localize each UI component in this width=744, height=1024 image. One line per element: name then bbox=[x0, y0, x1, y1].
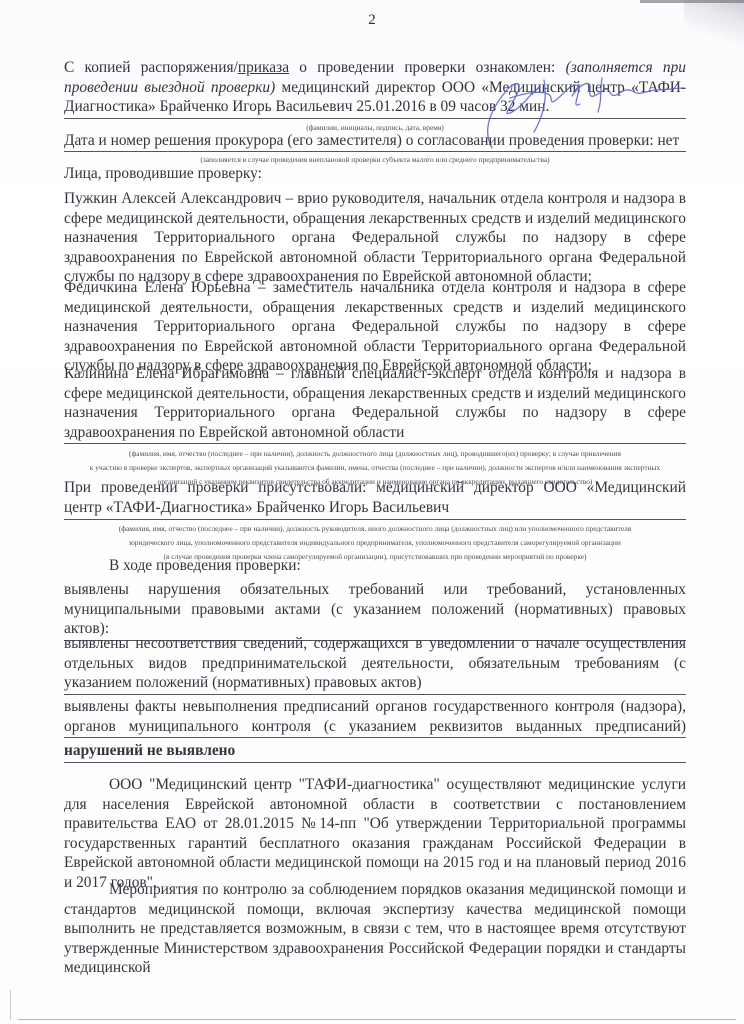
acknowledgement-block: С копией распоряжения/приказа о проведен… bbox=[64, 58, 686, 133]
body-text: Мероприятия по контролю за соблюдением п… bbox=[64, 880, 686, 978]
finding-text: выявлены нарушения обязательных требован… bbox=[64, 580, 686, 641]
inspectors-heading: Лица, проводившие проверку: bbox=[64, 164, 686, 184]
finding-1: выявлены нарушения обязательных требован… bbox=[64, 580, 686, 641]
findings-heading-block: В ходе проведения проверки: bbox=[64, 556, 686, 576]
document-page: 2 С копией распоряжения/приказа о провед… bbox=[0, 0, 744, 1024]
body-text: ООО "Медицинский центр "ТАФИ-диагностика… bbox=[64, 775, 686, 893]
findings-heading: В ходе проведения проверки: bbox=[64, 556, 686, 576]
inspector-3: Калинина Елена Ибрагимовна – главный спе… bbox=[64, 364, 686, 487]
inspector-1: Пужкин Алексей Александрович – врио руко… bbox=[64, 189, 686, 287]
inspector-text: Калинина Елена Ибрагимовна – главный спе… bbox=[64, 364, 686, 444]
finding-text: выявлены несоответствия сведений, содерж… bbox=[64, 634, 686, 695]
findings-result: нарушений не выявлено bbox=[64, 741, 686, 763]
findings-result-block: нарушений не выявлено bbox=[64, 741, 686, 763]
prosecutor-block: Дата и номер решения прокурора (его заме… bbox=[64, 131, 686, 165]
body-paragraph-2: Мероприятия по контролю за соблюдением п… bbox=[64, 880, 686, 978]
inspectors-block: Лица, проводившие проверку: bbox=[64, 164, 686, 184]
present-text: При проведении проверки присутствовали: … bbox=[64, 478, 686, 520]
scan-left-edge bbox=[10, 990, 11, 1020]
present-caption-line: юридического лица, уполномоченного предс… bbox=[64, 537, 686, 548]
prosecutor-caption: (заполняется в случае проведения внеплан… bbox=[64, 154, 686, 165]
acknowledgement-middle: о проведении проверки ознакомлен: bbox=[289, 59, 566, 76]
inspector-text: Пужкин Алексей Александрович – врио руко… bbox=[64, 189, 686, 287]
finding-text: выявлены факты невыполнения предписаний … bbox=[64, 697, 686, 738]
present-caption-line: (фамилия, имя, отчество (последнее – при… bbox=[64, 523, 686, 534]
page-number: 2 bbox=[0, 12, 744, 29]
body-paragraph-1: ООО "Медицинский центр "ТАФИ-диагностика… bbox=[64, 775, 686, 893]
order-word: приказа bbox=[238, 59, 289, 76]
scan-corner-shadow bbox=[684, 0, 744, 60]
acknowledgement-text: С копией распоряжения/приказа о проведен… bbox=[64, 58, 686, 119]
finding-3: выявлены факты невыполнения предписаний … bbox=[64, 697, 686, 738]
inspector-text: Федичкина Елена Юрьевна – заместитель на… bbox=[64, 278, 686, 376]
present-block: При проведении проверки присутствовали: … bbox=[64, 478, 686, 562]
scan-bottom-edge bbox=[18, 1019, 736, 1020]
scan-top-edge-shadow bbox=[640, 0, 744, 3]
finding-2: выявлены несоответствия сведений, содерж… bbox=[64, 634, 686, 695]
inspectors-caption-line: (фамилия, имя, отчество (последнее – при… bbox=[64, 448, 686, 459]
inspector-2: Федичкина Елена Юрьевна – заместитель на… bbox=[64, 278, 686, 376]
acknowledgement-prefix: С копией распоряжения/ bbox=[64, 59, 238, 76]
prosecutor-text: Дата и номер решения прокурора (его заме… bbox=[64, 131, 686, 152]
inspectors-caption-line: к участию в проверке экспертов, экспертн… bbox=[64, 462, 686, 473]
